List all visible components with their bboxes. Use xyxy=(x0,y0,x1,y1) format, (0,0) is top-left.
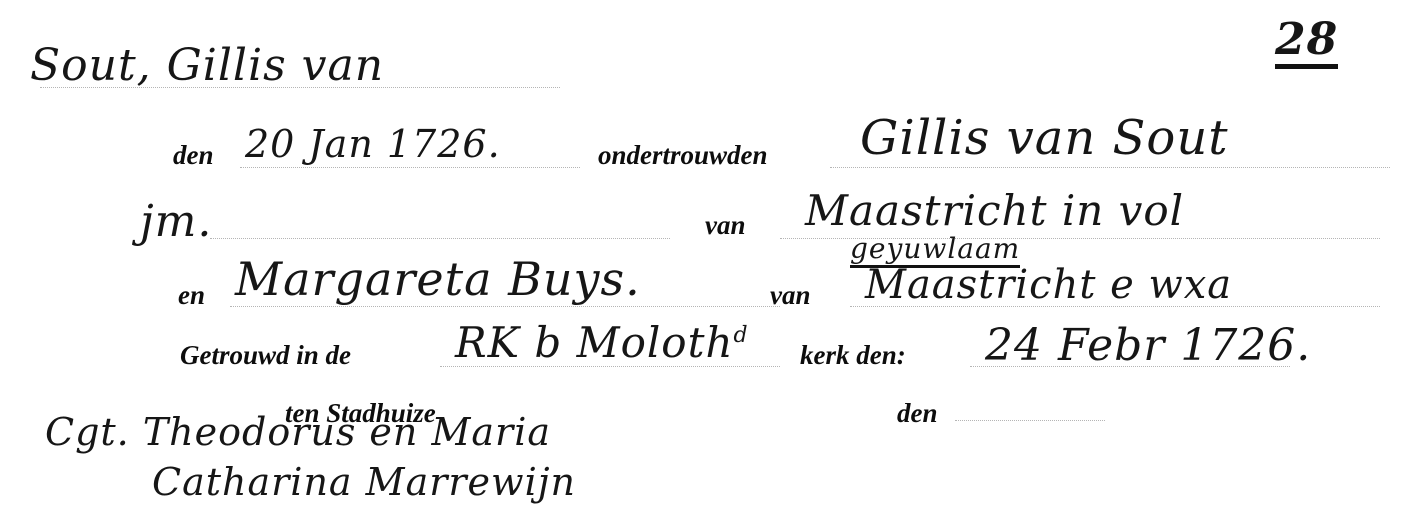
status-dotted-line xyxy=(210,238,670,239)
label-en: en xyxy=(178,280,205,311)
record-header-name: Sout, Gillis van xyxy=(30,40,384,91)
page-number-text: 28 xyxy=(1275,14,1338,65)
margin-note-line-2: Catharina Marrewijn xyxy=(152,460,576,504)
bride-origin-dotted-line xyxy=(850,306,1380,307)
marriage-date: 24 Febr 1726. xyxy=(985,320,1311,371)
church-suffix: d xyxy=(734,323,749,348)
church-name: RK b Molothd xyxy=(455,318,749,367)
groom-origin: Maastricht in vol xyxy=(805,186,1184,235)
header-dotted-line xyxy=(40,87,560,88)
bride-dotted-line xyxy=(230,306,780,307)
label-getrouwd: Getrouwd in de xyxy=(180,340,351,371)
label-den-1: den xyxy=(173,140,214,171)
header-name-text: Sout, Gillis van xyxy=(30,40,384,91)
church-dotted-line xyxy=(440,366,780,367)
label-den-2: den xyxy=(897,398,938,429)
groom-name: Gillis van Sout xyxy=(860,110,1229,166)
groom-dotted-line xyxy=(830,167,1390,168)
groom-status: jm. xyxy=(140,196,212,247)
stadhuize-den-dotted-line xyxy=(955,420,1105,421)
label-ondertrouwden: ondertrouwden xyxy=(598,140,768,171)
marriage-date-dotted-line xyxy=(970,366,1290,367)
margin-note-line-1: Cgt. Theodorus en Maria xyxy=(45,410,551,454)
betrothal-date: 20 Jan 1726. xyxy=(245,122,501,166)
page-number: 28 xyxy=(1275,18,1338,69)
church-name-text: RK b Moloth xyxy=(455,318,734,367)
label-van-2: van xyxy=(770,280,811,311)
label-kerk-den: kerk den: xyxy=(800,340,906,371)
date-dotted-line xyxy=(240,167,580,168)
bride-origin: Maastricht e wxa xyxy=(865,262,1232,308)
label-van-1: van xyxy=(705,210,746,241)
bride-name: Margareta Buys. xyxy=(235,252,641,306)
